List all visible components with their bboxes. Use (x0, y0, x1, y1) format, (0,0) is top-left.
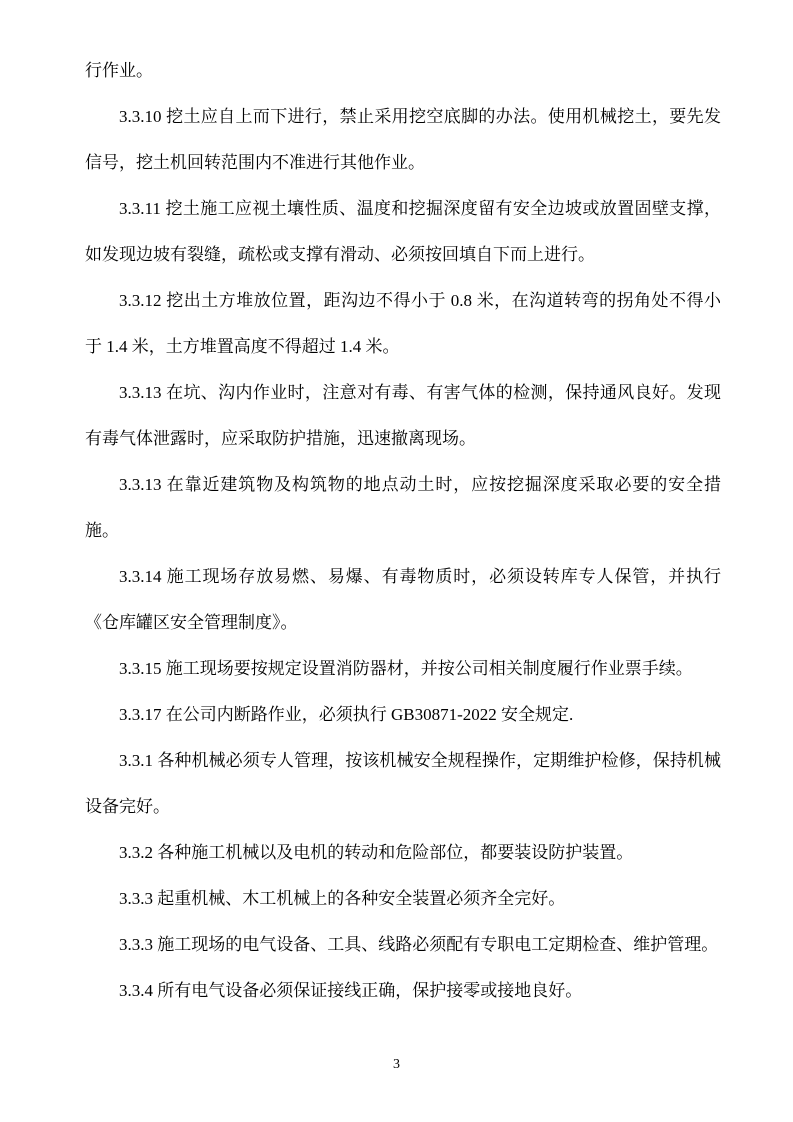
paragraph-3-3-10: 3.3.10 挖土应自上而下进行，禁止采用挖空底脚的办法。使用机械挖土，要先发信… (85, 94, 721, 186)
page-number: 3 (0, 1056, 793, 1074)
paragraph-3-3-15: 3.3.15 施工现场要按规定设置消防器材，并按公司相关制度履行作业票手续。 (85, 646, 721, 692)
paragraph-3-3-13b: 3.3.13 在靠近建筑物及构筑物的地点动土时，应按挖掘深度采取必要的安全措施。 (85, 462, 721, 554)
paragraph-3-3-3b: 3.3.3 施工现场的电气设备、工具、线路必须配有专职电工定期检查、维护管理。 (85, 922, 721, 968)
paragraph-3-3-12: 3.3.12 挖出土方堆放位置，距沟边不得小于 0.8 米，在沟道转弯的拐角处不… (85, 278, 721, 370)
paragraph-continuation: 行作业。 (85, 48, 721, 94)
paragraph-3-3-4: 3.3.4 所有电气设备必须保证接线正确，保护接零或接地良好。 (85, 968, 721, 1014)
paragraph-3-3-13a: 3.3.13 在坑、沟内作业时，注意对有毒、有害气体的检测，保持通风良好。发现有… (85, 370, 721, 462)
paragraph-3-3-3a: 3.3.3 起重机械、木工机械上的各种安全装置必须齐全完好。 (85, 876, 721, 922)
paragraph-3-3-1: 3.3.1 各种机械必须专人管理，按该机械安全规程操作，定期维护检修，保持机械设… (85, 738, 721, 830)
document-page: 行作业。 3.3.10 挖土应自上而下进行，禁止采用挖空底脚的办法。使用机械挖土… (0, 0, 793, 1122)
paragraph-3-3-2: 3.3.2 各种施工机械以及电机的转动和危险部位，都要装设防护装置。 (85, 830, 721, 876)
paragraph-3-3-11: 3.3.11 挖土施工应视土壤性质、温度和挖掘深度留有安全边坡或放置固壁支撑，如… (85, 186, 721, 278)
paragraph-3-3-17: 3.3.17 在公司内断路作业，必须执行 GB30871-2022 安全规定. (85, 692, 721, 738)
paragraph-3-3-14: 3.3.14 施工现场存放易燃、易爆、有毒物质时，必须设转库专人保管，并执行《仓… (85, 554, 721, 646)
